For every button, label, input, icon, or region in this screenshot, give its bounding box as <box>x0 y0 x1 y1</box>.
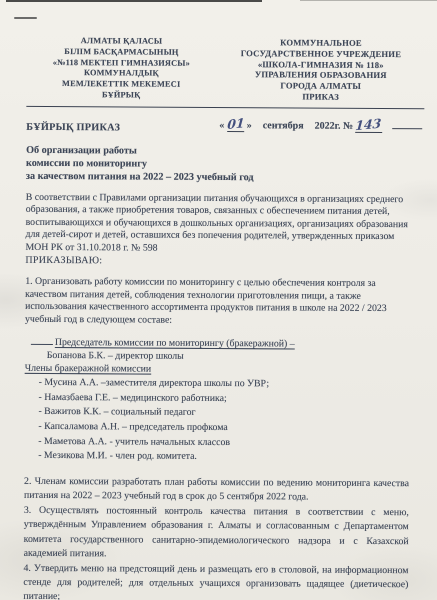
handwritten-number: 143 <box>355 117 382 131</box>
underline-lead <box>31 335 53 345</box>
org-ru-line: ГОСУДАРСТВЕННОЕ УЧРЕЖДЕНИЕ <box>213 48 429 60</box>
scanned-order-page: АЛМАТЫ ҚАЛАСЫ БІЛІМ БАСҚАРМАСЫНЫҢ «№118 … <box>0 0 437 600</box>
number-blank-line <box>392 118 422 129</box>
month-label: сентября <box>263 120 304 131</box>
decree-word: ПРИКАЗЫВАЮ: <box>25 254 435 270</box>
org-ru-line: ПРИКАЗ <box>213 91 429 103</box>
item-1-paragraph: 1. Организовать работу комиссии по монит… <box>25 276 410 328</box>
header-divider <box>26 106 424 109</box>
org-header-kazakh: АЛМАТЫ ҚАЛАСЫ БІЛІМ БАСҚАРМАСЫНЫҢ «№118 … <box>29 36 213 102</box>
item-3-paragraph: 3. Осуществлять постоянный контроль каче… <box>24 504 409 563</box>
number-sign: № <box>343 121 353 132</box>
org-header-russian: КОММУНАЛЬНОЕ ГОСУДАРСТВЕННОЕ УЧРЕЖДЕНИЕ … <box>213 37 429 103</box>
date-line: « 01 » сентября 2022г. № 143 <box>219 117 422 133</box>
handwritten-day: 01 <box>226 117 244 130</box>
org-kk-line: БҰЙРЫҚ <box>29 90 213 102</box>
handwritten-number-slot: 143 <box>356 119 382 133</box>
org-headers: АЛМАТЫ ҚАЛАСЫ БІЛІМ БАСҚАРМАСЫНЫҢ «№118 … <box>0 36 437 103</box>
order-heading: БҰЙРЫҚ ПРИКАЗ <box>26 122 120 134</box>
member-row: - Мезикова М.И. - член род. комитета. <box>38 449 422 466</box>
org-kk-line: «№118 МЕКТЕП ГИМНАЗИЯСЫ» <box>30 57 214 69</box>
item-4-paragraph: 4. Утвердить меню на предстоящий день и … <box>23 562 408 600</box>
preamble-paragraph: В соответствии с Правилами организации п… <box>25 192 410 257</box>
open-quote: « <box>219 120 224 131</box>
handwritten-day-slot: 01 <box>227 118 244 132</box>
item-2-paragraph: 2. Членам комиссии разработать план рабо… <box>24 475 409 506</box>
year-label: 2022г. <box>315 120 341 131</box>
close-quote: » <box>247 120 252 131</box>
order-title: Об организации работы комиссии по монито… <box>26 144 426 185</box>
order-title-line: за качеством питания на 2022 – 2023 учеб… <box>26 170 426 185</box>
commission-section: Председатель комиссии по мониторингу (бр… <box>24 335 423 466</box>
